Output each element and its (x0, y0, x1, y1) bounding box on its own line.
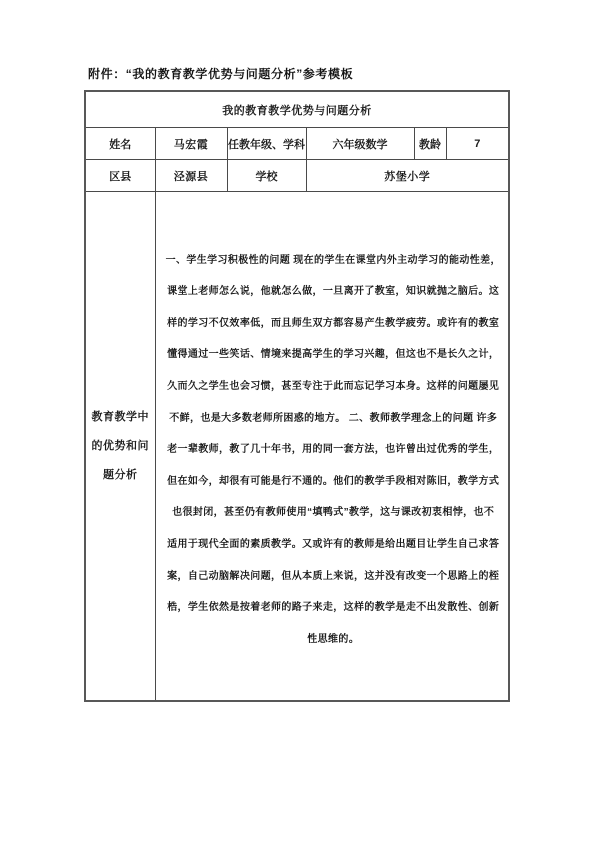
district-label: 区县 (85, 160, 155, 192)
school-label: 学校 (227, 160, 306, 192)
info-row-2: 区县 泾源县 学校 苏堡小学 (85, 160, 509, 192)
analysis-body-cell: 一、学生学习积极性的问题 现在的学生在课堂内外主动学习的能动性差， 课堂上老师怎… (155, 192, 509, 702)
form-title: 我的教育教学优势与问题分析 (85, 91, 509, 128)
analysis-row-label: 教育教学中 的优势和问 题分析 (85, 192, 155, 702)
school-value: 苏堡小学 (306, 160, 509, 192)
analysis-row: 教育教学中 的优势和问 题分析 一、学生学习积极性的问题 现在的学生在课堂内外主… (85, 192, 509, 702)
form-title-row: 我的教育教学优势与问题分析 (85, 91, 509, 128)
grade-subject-value: 六年级数学 (306, 128, 414, 160)
info-row-1: 姓名 马宏霞 任教年级、学科 六年级数学 教龄 7 (85, 128, 509, 160)
analysis-body-text: 一、学生学习积极性的问题 现在的学生在课堂内外主动学习的能动性差， 课堂上老师怎… (156, 237, 509, 656)
attachment-heading: 附件：“我的教育教学优势与问题分析”参考模板 (88, 65, 353, 82)
teaching-years-label: 教龄 (414, 128, 446, 160)
document-page: 附件：“我的教育教学优势与问题分析”参考模板 我的教育教学优势与问题分析 姓名 … (0, 0, 595, 842)
teaching-years-value: 7 (446, 128, 509, 160)
district-value: 泾源县 (155, 160, 227, 192)
grade-subject-label: 任教年级、学科 (227, 128, 306, 160)
analysis-form-table: 我的教育教学优势与问题分析 姓名 马宏霞 任教年级、学科 六年级数学 教龄 7 … (84, 90, 510, 702)
name-value: 马宏霞 (155, 128, 227, 160)
name-label: 姓名 (85, 128, 155, 160)
